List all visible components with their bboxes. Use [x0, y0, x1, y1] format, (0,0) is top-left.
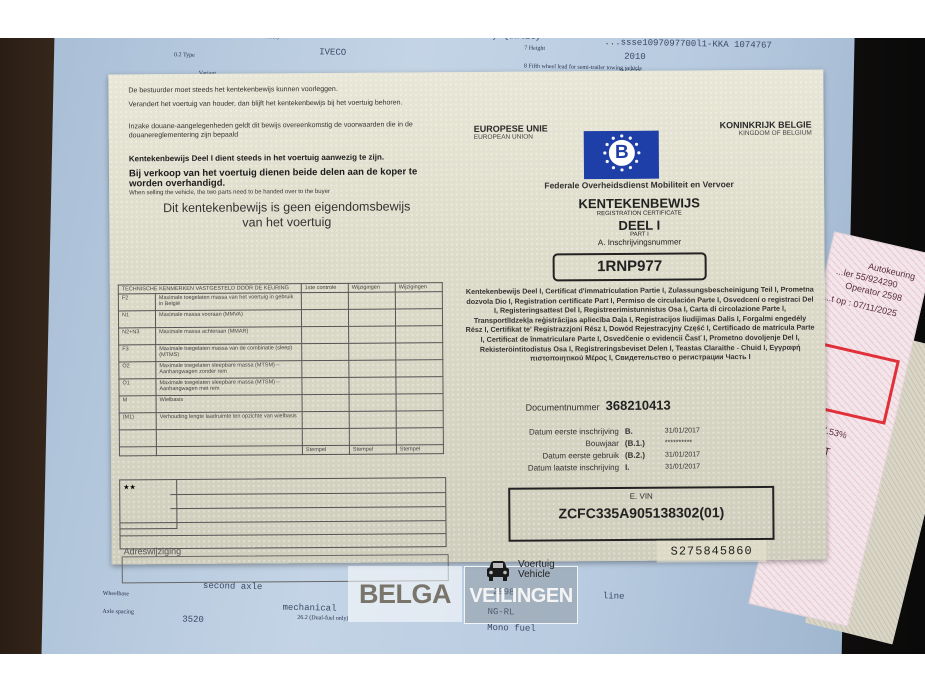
control-table: ★★ [119, 477, 446, 549]
row-label: Wielbasis [156, 395, 302, 413]
technical-table: TECHNISCHE KENMERKEN VASTGESTELD DOOR DE… [118, 282, 444, 456]
watermark-veilingen-text: VEILINGEN [465, 585, 577, 608]
date-label: Datum laatste inschrijving [471, 462, 619, 475]
document-number-value: 368210413 [606, 398, 671, 413]
note-text: Verandert het voertuig van houder, dan b… [128, 98, 443, 109]
row-label: Maximale toegelaten sleepbare massa (MTS… [156, 378, 302, 396]
document-number: Documentnummer368210413 [526, 398, 671, 414]
serial-number: S275845860 [657, 540, 767, 563]
date-code: (B.1.) [619, 438, 665, 450]
spec-fragment: ...ssse1097097700l1-KKA 1074767 [604, 38, 772, 51]
registration-certificate: De bestuurder moet steeds het kentekenbe… [108, 70, 826, 565]
row-label: Verhouding lengte laadruimte ten opzicht… [156, 412, 302, 430]
watermark-belga: BELGA [348, 566, 462, 622]
spec-value: IVECO [319, 47, 346, 58]
spec-value: Mono fuel [487, 623, 536, 634]
kingdom-en: KINGDOM OF BELGIUM [720, 130, 812, 138]
date-label: Datum eerste gebruik [471, 450, 619, 463]
spec-label: Wheelbase [103, 591, 129, 598]
date-code: I. [619, 462, 665, 474]
registration-number: 1RNP977 [553, 252, 707, 281]
date-value: 31/01/2017 [665, 449, 700, 461]
row-code: N1 [118, 311, 155, 328]
spec-label: 0.2 Type [174, 52, 195, 58]
row-code: M [119, 396, 156, 413]
row-code: F2 [118, 294, 155, 311]
spec-value: line [603, 591, 625, 601]
car-icon [486, 560, 510, 582]
eu-nl: EUROPESE UNIE [474, 123, 548, 134]
dates-list: Datum eerste inschrijvingB.31/01/2017Bou… [471, 425, 731, 475]
date-value: 31/01/2017 [665, 461, 700, 473]
row-code: O2 [119, 362, 156, 379]
row-label: Maximale toegelaten massa van het voertu… [155, 293, 301, 311]
date-label: Bouwjaar [471, 438, 619, 451]
stamp-cell: Stempel [396, 445, 443, 454]
vin-value: ZCFC335A905138302(01) [510, 504, 772, 522]
spec-label: 0.1 Make (trade name of manufacturer) [184, 38, 279, 40]
row-code: F3 [119, 345, 156, 362]
multilingual-title: Kentekenbewijs Deel I, Certificat d'imma… [465, 285, 816, 364]
row-label: Maximale massa vooraan (MMVA) [155, 310, 301, 328]
stamp-cell: Stempel [302, 445, 349, 454]
country-letter: B [609, 140, 635, 166]
ownership-line: van het voertuig [129, 214, 444, 231]
column-header: Wijzigingen [395, 283, 442, 292]
plate-label: A. Inschrijvingsnummer [454, 237, 824, 249]
row-label [156, 429, 302, 447]
row-code [119, 430, 156, 447]
spec-value: 3520 [182, 614, 204, 624]
row-label: Maximale toegelaten massa van de combina… [156, 344, 302, 362]
row-code: O1 [119, 379, 156, 396]
vin-label: E. VIN [510, 491, 772, 502]
eu-label: EUROPESE UNIE EUROPEAN UNION [474, 123, 548, 141]
document-number-label: Documentnummer [526, 402, 600, 413]
watermark-category: Voertuig Vehicle [518, 560, 555, 580]
date-label: Datum eerste inschrijving [471, 426, 619, 439]
vin-box: E. VIN ZCFC335A905138302(01) [508, 486, 774, 542]
row-label: Maximale toegelaten sleepbare massa (MTS… [156, 361, 302, 379]
spec-label: Axle spacing [102, 609, 134, 616]
spec-value: 2010 [624, 52, 646, 62]
date-value: 31/01/2017 [665, 425, 700, 437]
spec-label: 26.2 (Dual-fuel only) [297, 615, 348, 622]
notice-text: Bij verkoop van het voertuig dienen beid… [129, 167, 444, 189]
certificate-left-panel: De bestuurder moet steeds het kentekenbe… [108, 72, 456, 564]
ownership-line: Dit kentekenbewijs is geen eigendomsbewi… [129, 199, 444, 216]
eu-flag-icon: B [584, 131, 659, 180]
certificate-right-panel: EUROPESE UNIE EUROPEAN UNION KONINKRIJK … [453, 70, 826, 563]
kingdom-nl: KONINKRIJK BELGIE [720, 120, 812, 131]
row-code: N2+N3 [119, 328, 156, 345]
date-code: B. [619, 426, 665, 438]
authority-name: Federale Overheidsdienst Mobiliteit en V… [454, 179, 824, 192]
notice-text: Kentekenbewijs Deel I dient steeds in he… [129, 152, 444, 163]
date-row: Datum laatste inschrijvingI.31/01/2017 [471, 461, 731, 475]
column-header: Wijzigingen [348, 283, 395, 292]
kingdom-label: KONINKRIJK BELGIE KINGDOM OF BELGIUM [720, 120, 812, 138]
eu-en: EUROPEAN UNION [474, 133, 548, 141]
date-value: ********** [665, 437, 692, 449]
address-change-label: Adreswijziging [124, 546, 182, 556]
row-label: Maximale massa achteraan (MMAR) [156, 327, 302, 345]
ownership-statement: Dit kentekenbewijs is geen eigendomsbewi… [129, 199, 444, 231]
date-code: (B.2.) [619, 450, 665, 462]
note-text: Inzake douane-aangelegenheden geldt dit … [129, 120, 444, 140]
row-code: (M1) [119, 413, 156, 430]
note-text: De bestuurder moet steeds het kentekenbe… [128, 84, 443, 95]
column-header: 1ste controle [301, 283, 348, 292]
spec-label: 7 Height [524, 46, 545, 52]
category-en: Vehicle [518, 570, 555, 580]
spec-fragment: mechanical [282, 603, 336, 614]
notice-text-en: When selling the vehicle, the two parts … [129, 187, 444, 198]
spec-fragment: ...ality Quality [454, 38, 541, 42]
stamp-cell: Stempel [349, 445, 396, 454]
